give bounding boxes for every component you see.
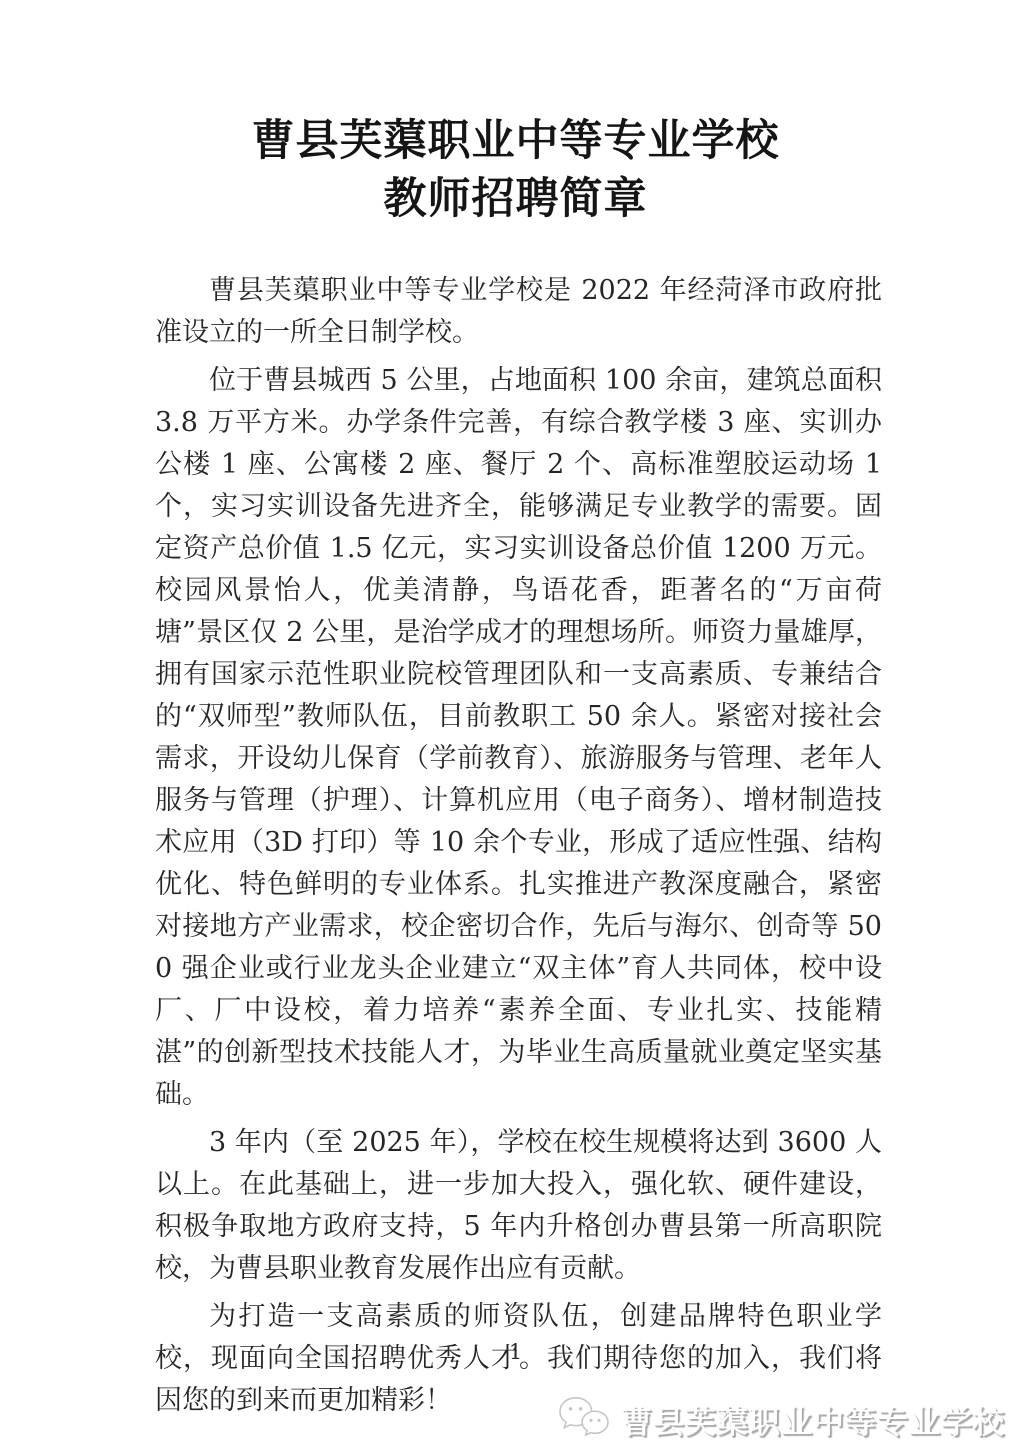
footer-watermark: 曹县芙蕖职业中等专业学校	[555, 1393, 1005, 1445]
wechat-logo-icon	[555, 1393, 613, 1445]
title-line-2: 教师招聘简章	[0, 170, 1031, 228]
footer-account-name: 曹县芙蕖职业中等专业学校	[621, 1397, 1005, 1442]
document-title: 曹县芙蕖职业中等专业学校 教师招聘简章	[0, 112, 1031, 228]
title-line-1: 曹县芙蕖职业中等专业学校	[0, 112, 1031, 170]
paragraph-campus-overview: 位于曹县城西 5 公里，占地面积 100 余亩，建筑总面积 3.8 万平方米。办…	[155, 360, 882, 1116]
page-number: 1	[0, 1340, 1031, 1364]
document-body: 曹县芙蕖职业中等专业学校是 2022 年经菏泽市政府批准设立的一所全日制学校。 …	[155, 270, 882, 1422]
document-page: 曹县芙蕖职业中等专业学校 教师招聘简章 曹县芙蕖职业中等专业学校是 2022 年…	[0, 0, 1031, 1453]
paragraph-development-plan: 3 年内（至 2025 年），学校在校生规模将达到 3600 人以上。在此基础上…	[155, 1122, 882, 1290]
paragraph-intro: 曹县芙蕖职业中等专业学校是 2022 年经菏泽市政府批准设立的一所全日制学校。	[155, 270, 882, 354]
